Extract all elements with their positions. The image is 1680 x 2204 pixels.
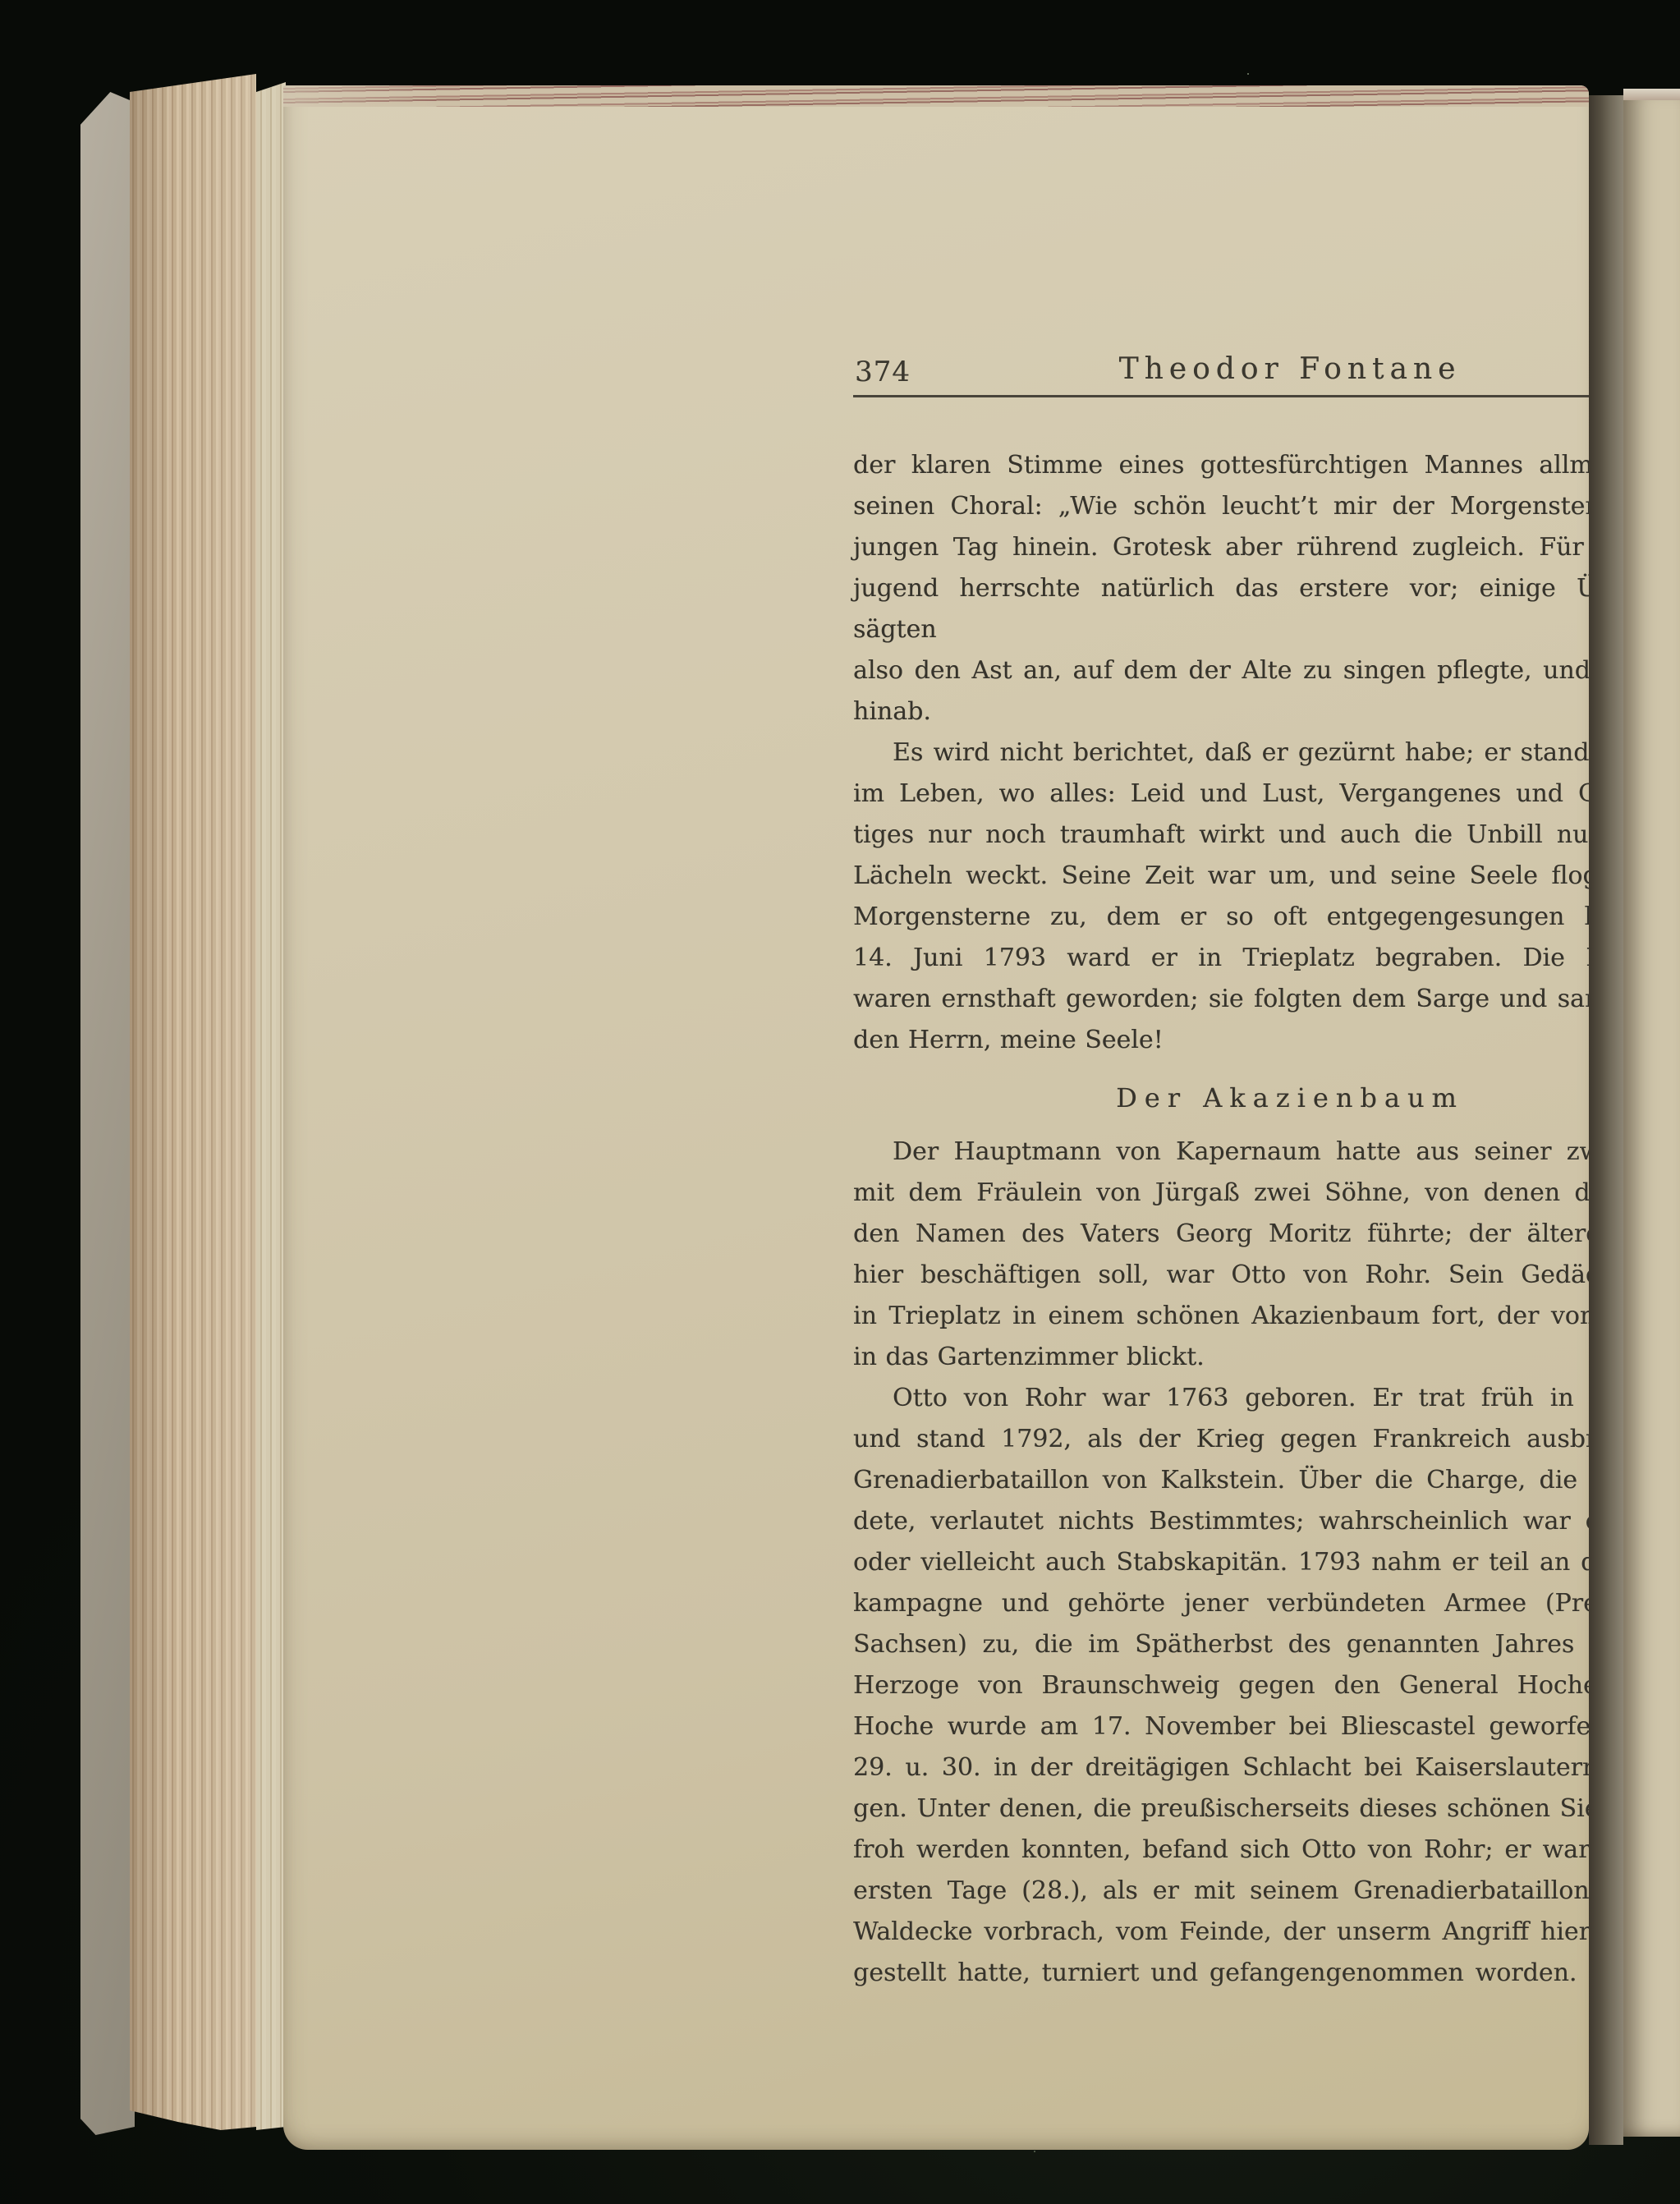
page-top-stained-edge (283, 85, 1589, 107)
text-line: der klaren Stimme eines gottesfürchtigen… (853, 445, 1680, 486)
text-line: kampagne und gehörte jener verbündeten A… (853, 1583, 1680, 1624)
text-line: Der Hauptmann von Kapernaum hatte aus se… (853, 1132, 1680, 1173)
header-rule (853, 395, 1680, 397)
text-line: seinen Choral: „Wie schön leucht’t mir d… (853, 486, 1680, 527)
text-line: Sachsen) zu, die im Spätherbst des genan… (853, 1624, 1680, 1665)
text-line: oder vielleicht auch Stabskapitän. 1793 … (853, 1542, 1680, 1583)
text-line: gen. Unter denen, die preußischerseits d… (853, 1788, 1680, 1830)
page-number: 374 (855, 356, 911, 388)
text-line: jugend herrschte natürlich das erstere v… (853, 568, 1680, 650)
text-line: jungen Tag hinein. Grotesk aber rührend … (853, 527, 1680, 568)
text-line: hier beschäftigen soll, war Otto von Roh… (853, 1255, 1680, 1296)
text-line: 14. Juni 1793 ward er in Trieplatz begra… (853, 938, 1680, 979)
text-line: Herzoge von Braunschweig gegen den Gener… (853, 1665, 1680, 1706)
text-line: ersten Tage (28.), als er mit seinem Gre… (853, 1871, 1680, 1912)
book-cover-edge (80, 92, 135, 2135)
facing-page-edge (1623, 97, 1680, 2137)
book-gutter-shadow (1589, 95, 1623, 2145)
text-line: hinab. (853, 691, 1680, 732)
text-line: den Herrn, meine Seele! (853, 1020, 1680, 1061)
printed-text-block: 374 Theodor Fontane der klaren Stimme ei… (853, 334, 1680, 1994)
running-head: Theodor Fontane (853, 334, 1680, 386)
text-line: Grenadierbataillon von Kalkstein. Über d… (853, 1460, 1680, 1501)
book-photo: 374 Theodor Fontane der klaren Stimme ei… (0, 0, 1680, 2204)
text-line: froh werden konnten, befand sich Otto vo… (853, 1830, 1680, 1871)
text-line: mit dem Fräulein von Jürgaß zwei Söhne, … (853, 1173, 1680, 1214)
body-text: der klaren Stimme eines gottesfürchtigen… (853, 445, 1680, 1994)
text-line: Waldecke vorbrach, vom Feinde, der unser… (853, 1912, 1680, 1953)
text-line: Lächeln weckt. Seine Zeit war um, und se… (853, 856, 1680, 897)
text-line: also den Ast an, auf dem der Alte zu sin… (853, 650, 1680, 691)
text-line: in Trieplatz in einem schönen Akazienbau… (853, 1296, 1680, 1337)
text-line: Morgensterne zu, dem er so oft entgegeng… (853, 897, 1680, 938)
text-line: im Leben, wo alles: Leid und Lust, Verga… (853, 774, 1680, 815)
text-line: in das Gartenzimmer blickt. (853, 1337, 1680, 1378)
page-header: 374 Theodor Fontane (853, 334, 1680, 395)
text-line: Hoche wurde am 17. November bei Bliescas… (853, 1706, 1680, 1747)
text-line: Es wird nicht berichtet, daß er gezürnt … (853, 732, 1680, 774)
book-page: 374 Theodor Fontane der klaren Stimme ei… (283, 85, 1589, 2150)
facing-page-top-edge (1623, 89, 1680, 100)
text-line: waren ernsthaft geworden; sie folgten de… (853, 979, 1680, 1020)
text-line: und stand 1792, als der Krieg gegen Fran… (853, 1419, 1680, 1460)
inner-page-edges (256, 79, 286, 2133)
text-line: gestellt hatte, turniert und gefangengen… (853, 1953, 1680, 1994)
text-line: 29. u. 30. in der dreitägigen Schlacht b… (853, 1747, 1680, 1788)
section-heading: Der Akazienbaum (853, 1077, 1680, 1118)
page-fore-edges (130, 74, 256, 2132)
text-line: dete, verlautet nichts Bestimmtes; wahrs… (853, 1501, 1680, 1542)
text-line: den Namen des Vaters Georg Moritz führte… (853, 1214, 1680, 1255)
text-line: Otto von Rohr war 1763 geboren. Er trat … (853, 1378, 1680, 1419)
text-line: tiges nur noch traumhaft wirkt und auch … (853, 815, 1680, 856)
